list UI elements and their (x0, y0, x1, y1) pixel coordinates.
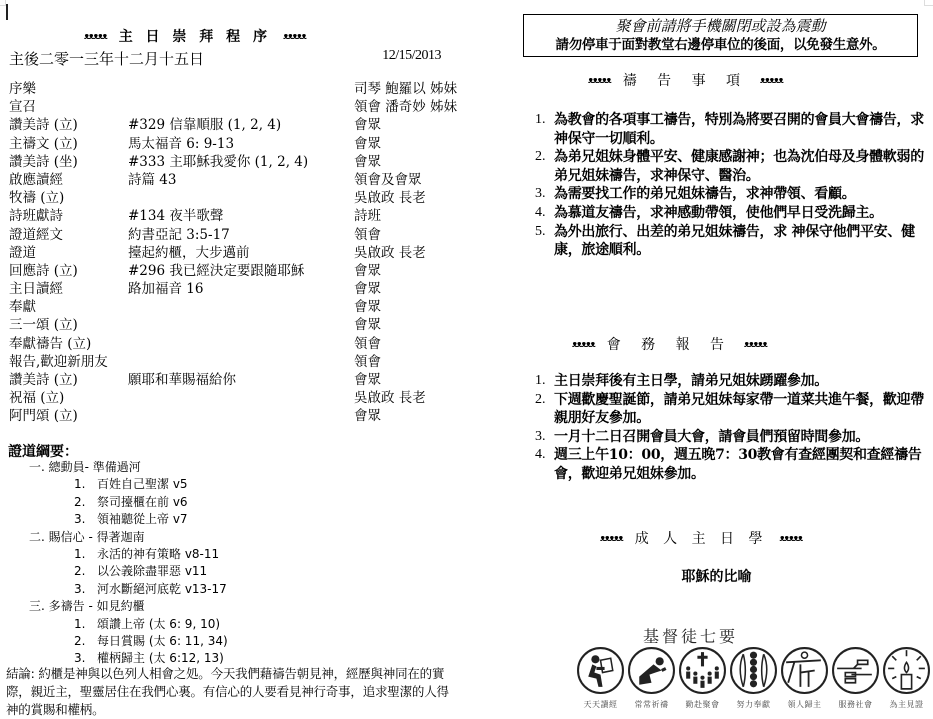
prayer-item-number: 4. (535, 204, 546, 223)
ornament-left (84, 31, 107, 42)
seven-essential-item: 領人歸主 (779, 646, 830, 719)
program-leader: 吳啟政 長老 (354, 244, 426, 262)
prayer-list: 1.為教會的各項事工禱告，特別為將要召開的會員大會禱告，求神保守一切順利。2.為… (535, 111, 930, 260)
prayer-item-text: 為外出旅行、出差的弟兄姐妹禱告，求 神保守他們平安、健康，旅途順利。 (554, 224, 915, 259)
program-row: 啟應讀經詩篇 43領會及會眾 (9, 171, 459, 189)
prayer-item-number: 2. (535, 148, 546, 167)
program-row: 牧禱 (立)吳啟政 長老 (9, 189, 459, 207)
seven-essential-label: 勤赴聚會 (686, 699, 720, 710)
program-row: 主日讀經路加福音 16會眾 (9, 280, 459, 298)
ornament-right (283, 31, 306, 42)
ornament-left (600, 533, 623, 544)
prayer-title: 禱 告 事 項 (623, 70, 748, 90)
notice-box: 聚會前請將手機關閉或設為震動 請勿停車于面對教堂右邊停車位的後面，以免發生意外。 (523, 14, 918, 57)
seven-essential-item: 為主見證 (881, 646, 932, 719)
seven-essentials-title: 基督徒七要 (643, 624, 738, 647)
report-item-text: 一月十二日召開會員大會，請會員們預留時間參加。 (554, 429, 869, 445)
program-item: 宣召 (9, 98, 36, 116)
program-item: 主禱文 (立) (9, 135, 78, 153)
prayer-item-text: 為需要找工作的弟兄姐妹禱告，求神帶領、看顧。 (554, 186, 855, 202)
seven-essential-label: 服務社會 (839, 699, 873, 710)
right-page: 聚會前請將手機關閉或設為震動 請勿停車于面對教堂右邊停車位的後面，以免發生意外。… (500, 0, 933, 719)
prayer-item: 2.為弟兄姐妹身體平安、健康感謝神；也為沈伯母及身體軟弱的弟兄姐妹禱告，求神保守… (535, 148, 930, 185)
seven-essential-item: 勤赴聚會 (677, 646, 728, 719)
program-row: 證道經文約書亞記 3:5-17領會 (9, 226, 459, 244)
outline-point: 一. 總動員- 準備過河 (0, 459, 460, 476)
program-detail: #296 我已經決定要跟隨耶穌 (128, 262, 304, 280)
program-detail: 擡起約櫃，大步邁前 (128, 244, 250, 262)
outline-subpoint: 1.永活的神有策略 v8-11 (0, 546, 460, 563)
program-row: 詩班獻詩#134 夜半歌聲詩班 (9, 207, 459, 225)
program-detail: 願耶和華賜福給你 (128, 371, 236, 389)
outline-subpoint: 1.百姓自己聖潔 v5 (0, 476, 460, 493)
seven-essential-label: 努力奉獻 (737, 699, 771, 710)
prayer-heading: 禱 告 事 項 (588, 70, 783, 90)
program-item: 證道經文 (9, 226, 63, 244)
outline-subpoint-text: 每日賞賜 (太 6: 11, 34) (97, 633, 228, 650)
program-row: 證道擡起約櫃，大步邁前吳啟政 長老 (9, 244, 459, 262)
report-item-number: 3. (535, 428, 546, 447)
program-detail: 路加福音 16 (128, 280, 203, 298)
outline-subpoint-number: 3. (74, 511, 85, 528)
lesson-title: 耶穌的比喻 (500, 566, 933, 586)
program-leader: 詩班 (354, 207, 381, 225)
outline-subpoint-number: 3. (74, 581, 85, 598)
program-row: 報告,歡迎新朋友領會 (9, 353, 459, 371)
program-leader: 會眾 (354, 316, 381, 334)
program-item: 讚美詩 (立) (9, 116, 78, 134)
adult-school-heading: 成 人 主 日 學 (600, 528, 802, 548)
seven-essential-item: 天天讀經 (575, 646, 626, 719)
report-item: 4.週三上午10：00，週五晚7：30教會有查經團契和查經禱告會，歡迎弟兄姐妹參… (535, 446, 930, 483)
worship-order-heading: 主 日 崇 拜 程 序 (84, 26, 306, 46)
sermon-outline: 一. 總動員- 準備過河1.百姓自己聖潔 v52.祭司擡櫃在前 v63.領袖聽從… (0, 459, 460, 668)
program-item: 序樂 (9, 80, 36, 98)
ornament-right (744, 339, 767, 350)
ornament-left (572, 339, 595, 350)
fish-offering-icon (729, 646, 778, 695)
program-item: 牧禱 (立) (9, 189, 64, 207)
program-item: 證道 (9, 244, 36, 262)
prayer-item-number: 5. (535, 223, 546, 242)
program-leader: 會眾 (354, 407, 381, 425)
sermon-conclusion: 結論: 約櫃是神與以色列人相會之処。今天我們藉禱告朝見神，經歷與神同在的實際，親… (6, 665, 451, 719)
program-item: 讚美詩 (坐) (9, 153, 78, 171)
prayer-item: 5.為外出旅行、出差的弟兄姐妹禱告，求 神保守他們平安、健康，旅途順利。 (535, 223, 930, 260)
program-row: 祝福 (立)吳啟政 長老 (9, 389, 459, 407)
outline-subpoint-number: 1. (74, 546, 85, 563)
ornament-right (760, 75, 783, 86)
ornament-right (780, 533, 803, 544)
program-item: 回應詩 (立) (9, 262, 78, 280)
report-item: 3.一月十二日召開會員大會，請會員們預留時間參加。 (535, 428, 930, 447)
program-row: 讚美詩 (坐)#333 主耶穌我愛你 (1, 2, 4)會眾 (9, 153, 459, 171)
program-leader: 司琴 鮑羅以 姊妹 (354, 80, 457, 98)
program-item: 啟應讀經 (9, 171, 63, 189)
left-page: 主 日 崇 拜 程 序 主後二零一三年十二月十五日 12/15/2013 序樂司… (0, 0, 460, 719)
program-detail: 馬太福音 6: 9-13 (128, 135, 234, 153)
report-item-number: 4. (535, 446, 546, 465)
candle-witness-icon (882, 646, 931, 695)
report-item-text: 週三上午10：00，週五晚7：30教會有查經團契和查經禱告會，歡迎弟兄姐妹參加。 (554, 447, 922, 482)
date-line: 主後二零一三年十二月十五日 12/15/2013 (9, 48, 441, 69)
program-row: 阿門頌 (立)會眾 (9, 407, 459, 425)
seven-essential-item: 努力奉獻 (728, 646, 779, 719)
seven-essential-label: 常常祈禱 (635, 699, 669, 710)
seven-essential-label: 天天讀經 (584, 699, 618, 710)
program-leader: 會眾 (354, 280, 381, 298)
program-leader: 領會 (354, 226, 381, 244)
outline-subpoint-text: 永活的神有策略 v8-11 (97, 546, 219, 563)
phone-notice: 聚會前請將手機關閉或設為震動 (524, 16, 917, 36)
report-item-number: 1. (535, 372, 546, 391)
program-row: 宣召領會 潘奇妙 姊妹 (9, 98, 459, 116)
program-row: 讚美詩 (立)#329 信靠順服 (1, 2, 4)會眾 (9, 116, 459, 134)
program-leader: 吳啟政 長老 (354, 189, 426, 207)
prayer-item: 4.為慕道友禱告，求神感動帶領，使他們早日受洗歸主。 (535, 204, 930, 223)
sermon-outline-title: 證道綱要： (8, 441, 78, 461)
prayer-item: 3.為需要找工作的弟兄姐妹禱告，求神帶領、看顧。 (535, 185, 930, 204)
program-row: 奉獻會眾 (9, 298, 459, 316)
report-list: 1.主日崇拜後有主日學，請弟兄姐妹踴躍參加。2.下週歡慶聖誕節，請弟兄姐妹每家帶… (535, 372, 930, 484)
report-item: 1.主日崇拜後有主日學，請弟兄姐妹踴躍參加。 (535, 372, 930, 391)
report-heading: 會 務 報 告 (572, 334, 767, 354)
program-detail: #134 夜半歌聲 (128, 207, 223, 225)
serving-hands-icon (831, 646, 880, 695)
program-row: 奉獻禱告 (立)領會 (9, 335, 459, 353)
prayer-item-text: 為教會的各項事工禱告，特別為將要召開的會員大會禱告，求神保守一切順利。 (554, 112, 924, 147)
program-item: 主日讀經 (9, 280, 63, 298)
outline-subpoint-number: 1. (74, 476, 85, 493)
program-leader: 領會 (354, 353, 381, 371)
outline-point: 二. 賜信心 - 得著迦南 (0, 529, 460, 546)
outline-subpoint: 1.頌讚上帝 (太 6: 9, 10) (0, 616, 460, 633)
program-item: 讚美詩 (立) (9, 371, 78, 389)
outline-subpoint-number: 2. (74, 633, 85, 650)
outline-subpoint: 3.河水斷絕河底乾 v13-17 (0, 581, 460, 598)
program-leader: 領會及會眾 (354, 171, 422, 189)
church-gathering-icon (678, 646, 727, 695)
date-numeric: 12/15/2013 (382, 48, 441, 69)
outline-subpoint-text: 百姓自己聖潔 v5 (97, 476, 188, 493)
seven-essential-item: 服務社會 (830, 646, 881, 719)
program-row: 三一頌 (立)會眾 (9, 316, 459, 334)
outline-subpoint-number: 1. (74, 616, 85, 633)
program-leader: 會眾 (354, 153, 381, 171)
program-item: 奉獻禱告 (立) (9, 335, 91, 353)
kneeling-prayer-icon (627, 646, 676, 695)
report-item: 2.下週歡慶聖誕節，請弟兄姐妹每家帶一道菜共進午餐，歡迎帶親朋好友參加。 (535, 391, 930, 428)
report-item-number: 2. (535, 391, 546, 410)
outline-subpoint-text: 頌讚上帝 (太 6: 9, 10) (97, 616, 220, 633)
outline-subpoint: 2.祭司擡櫃在前 v6 (0, 494, 460, 511)
seven-essential-item: 常常祈禱 (626, 646, 677, 719)
outline-subpoint: 2.每日賞賜 (太 6: 11, 34) (0, 633, 460, 650)
program-leader: 領會 (354, 335, 381, 353)
prayer-item-number: 3. (535, 185, 546, 204)
outline-subpoint-number: 2. (74, 563, 85, 580)
adult-school-title: 成 人 主 日 學 (635, 528, 768, 548)
program-detail: 詩篇 43 (128, 171, 176, 189)
outline-subpoint-text: 以公義除盡罪惡 v11 (97, 563, 207, 580)
program-item: 阿門頌 (立) (9, 407, 78, 425)
prayer-item: 1.為教會的各項事工禱告，特別為將要召開的會員大會禱告，求神保守一切順利。 (535, 111, 930, 148)
program-leader: 會眾 (354, 298, 381, 316)
program-detail: #329 信靠順服 (1, 2, 4) (128, 116, 281, 134)
program-leader: 會眾 (354, 116, 381, 134)
worship-program: 序樂司琴 鮑羅以 姊妹宣召領會 潘奇妙 姊妹讚美詩 (立)#329 信靠順服 (… (9, 80, 459, 426)
seven-essentials: 天天讀經常常祈禱勤赴聚會努力奉獻領人歸主服務社會為主見證 (575, 646, 933, 719)
program-leader: 會眾 (354, 262, 381, 280)
prayer-item-text: 為慕道友禱告，求神感動帶領，使他們早日受洗歸主。 (554, 205, 883, 221)
program-item: 報告,歡迎新朋友 (9, 353, 108, 371)
seven-essential-label: 領人歸主 (788, 699, 822, 710)
date-chinese: 主後二零一三年十二月十五日 (9, 48, 204, 69)
prayer-item-text: 為弟兄姐妹身體平安、健康感謝神；也為沈伯母及身體軟弱的弟兄姐妹禱告，求神保守、醫… (554, 149, 924, 184)
program-leader: 領會 潘奇妙 姊妹 (354, 98, 457, 116)
program-item: 詩班獻詩 (9, 207, 63, 225)
worship-order-title: 主 日 崇 拜 程 序 (119, 26, 271, 46)
parking-notice: 請勿停車于面對教堂右邊停車位的後面，以免發生意外。 (524, 36, 917, 55)
program-item: 祝福 (立) (9, 389, 64, 407)
program-row: 回應詩 (立)#296 我已經決定要跟隨耶穌會眾 (9, 262, 459, 280)
outline-subpoint: 3.領袖聽從上帝 v7 (0, 511, 460, 528)
program-leader: 會眾 (354, 371, 381, 389)
prayer-item-number: 1. (535, 111, 546, 130)
report-title: 會 務 報 告 (607, 334, 732, 354)
program-row: 讚美詩 (立)願耶和華賜福給你會眾 (9, 371, 459, 389)
seven-essential-label: 為主見證 (890, 699, 924, 710)
report-item-text: 主日崇拜後有主日學，請弟兄姐妹踴躍參加。 (554, 373, 828, 389)
program-detail: #333 主耶穌我愛你 (1, 2, 4) (128, 153, 308, 171)
outline-subpoint-text: 領袖聽從上帝 v7 (97, 511, 188, 528)
outline-point: 三. 多禱告 - 如見約櫃 (0, 598, 460, 615)
program-item: 三一頌 (立) (9, 316, 78, 334)
report-item-text: 下週歡慶聖誕節，請弟兄姐妹每家帶一道菜共進午餐，歡迎帶親朋好友參加。 (554, 392, 924, 427)
program-leader: 吳啟政 長老 (354, 389, 426, 407)
outline-subpoint-number: 2. (74, 494, 85, 511)
ornament-left (588, 75, 611, 86)
program-item: 奉獻 (9, 298, 36, 316)
outline-subpoint: 2.以公義除盡罪惡 v11 (0, 563, 460, 580)
program-leader: 會眾 (354, 135, 381, 153)
outline-subpoint-text: 河水斷絕河底乾 v13-17 (97, 581, 227, 598)
program-detail: 約書亞記 3:5-17 (128, 226, 230, 244)
program-row: 主禱文 (立)馬太福音 6: 9-13會眾 (9, 135, 459, 153)
outline-subpoint-text: 祭司擡櫃在前 v6 (97, 494, 188, 511)
reading-bible-icon (576, 646, 625, 695)
program-row: 序樂司琴 鮑羅以 姊妹 (9, 80, 459, 98)
lead-to-christ-icon (780, 646, 829, 695)
